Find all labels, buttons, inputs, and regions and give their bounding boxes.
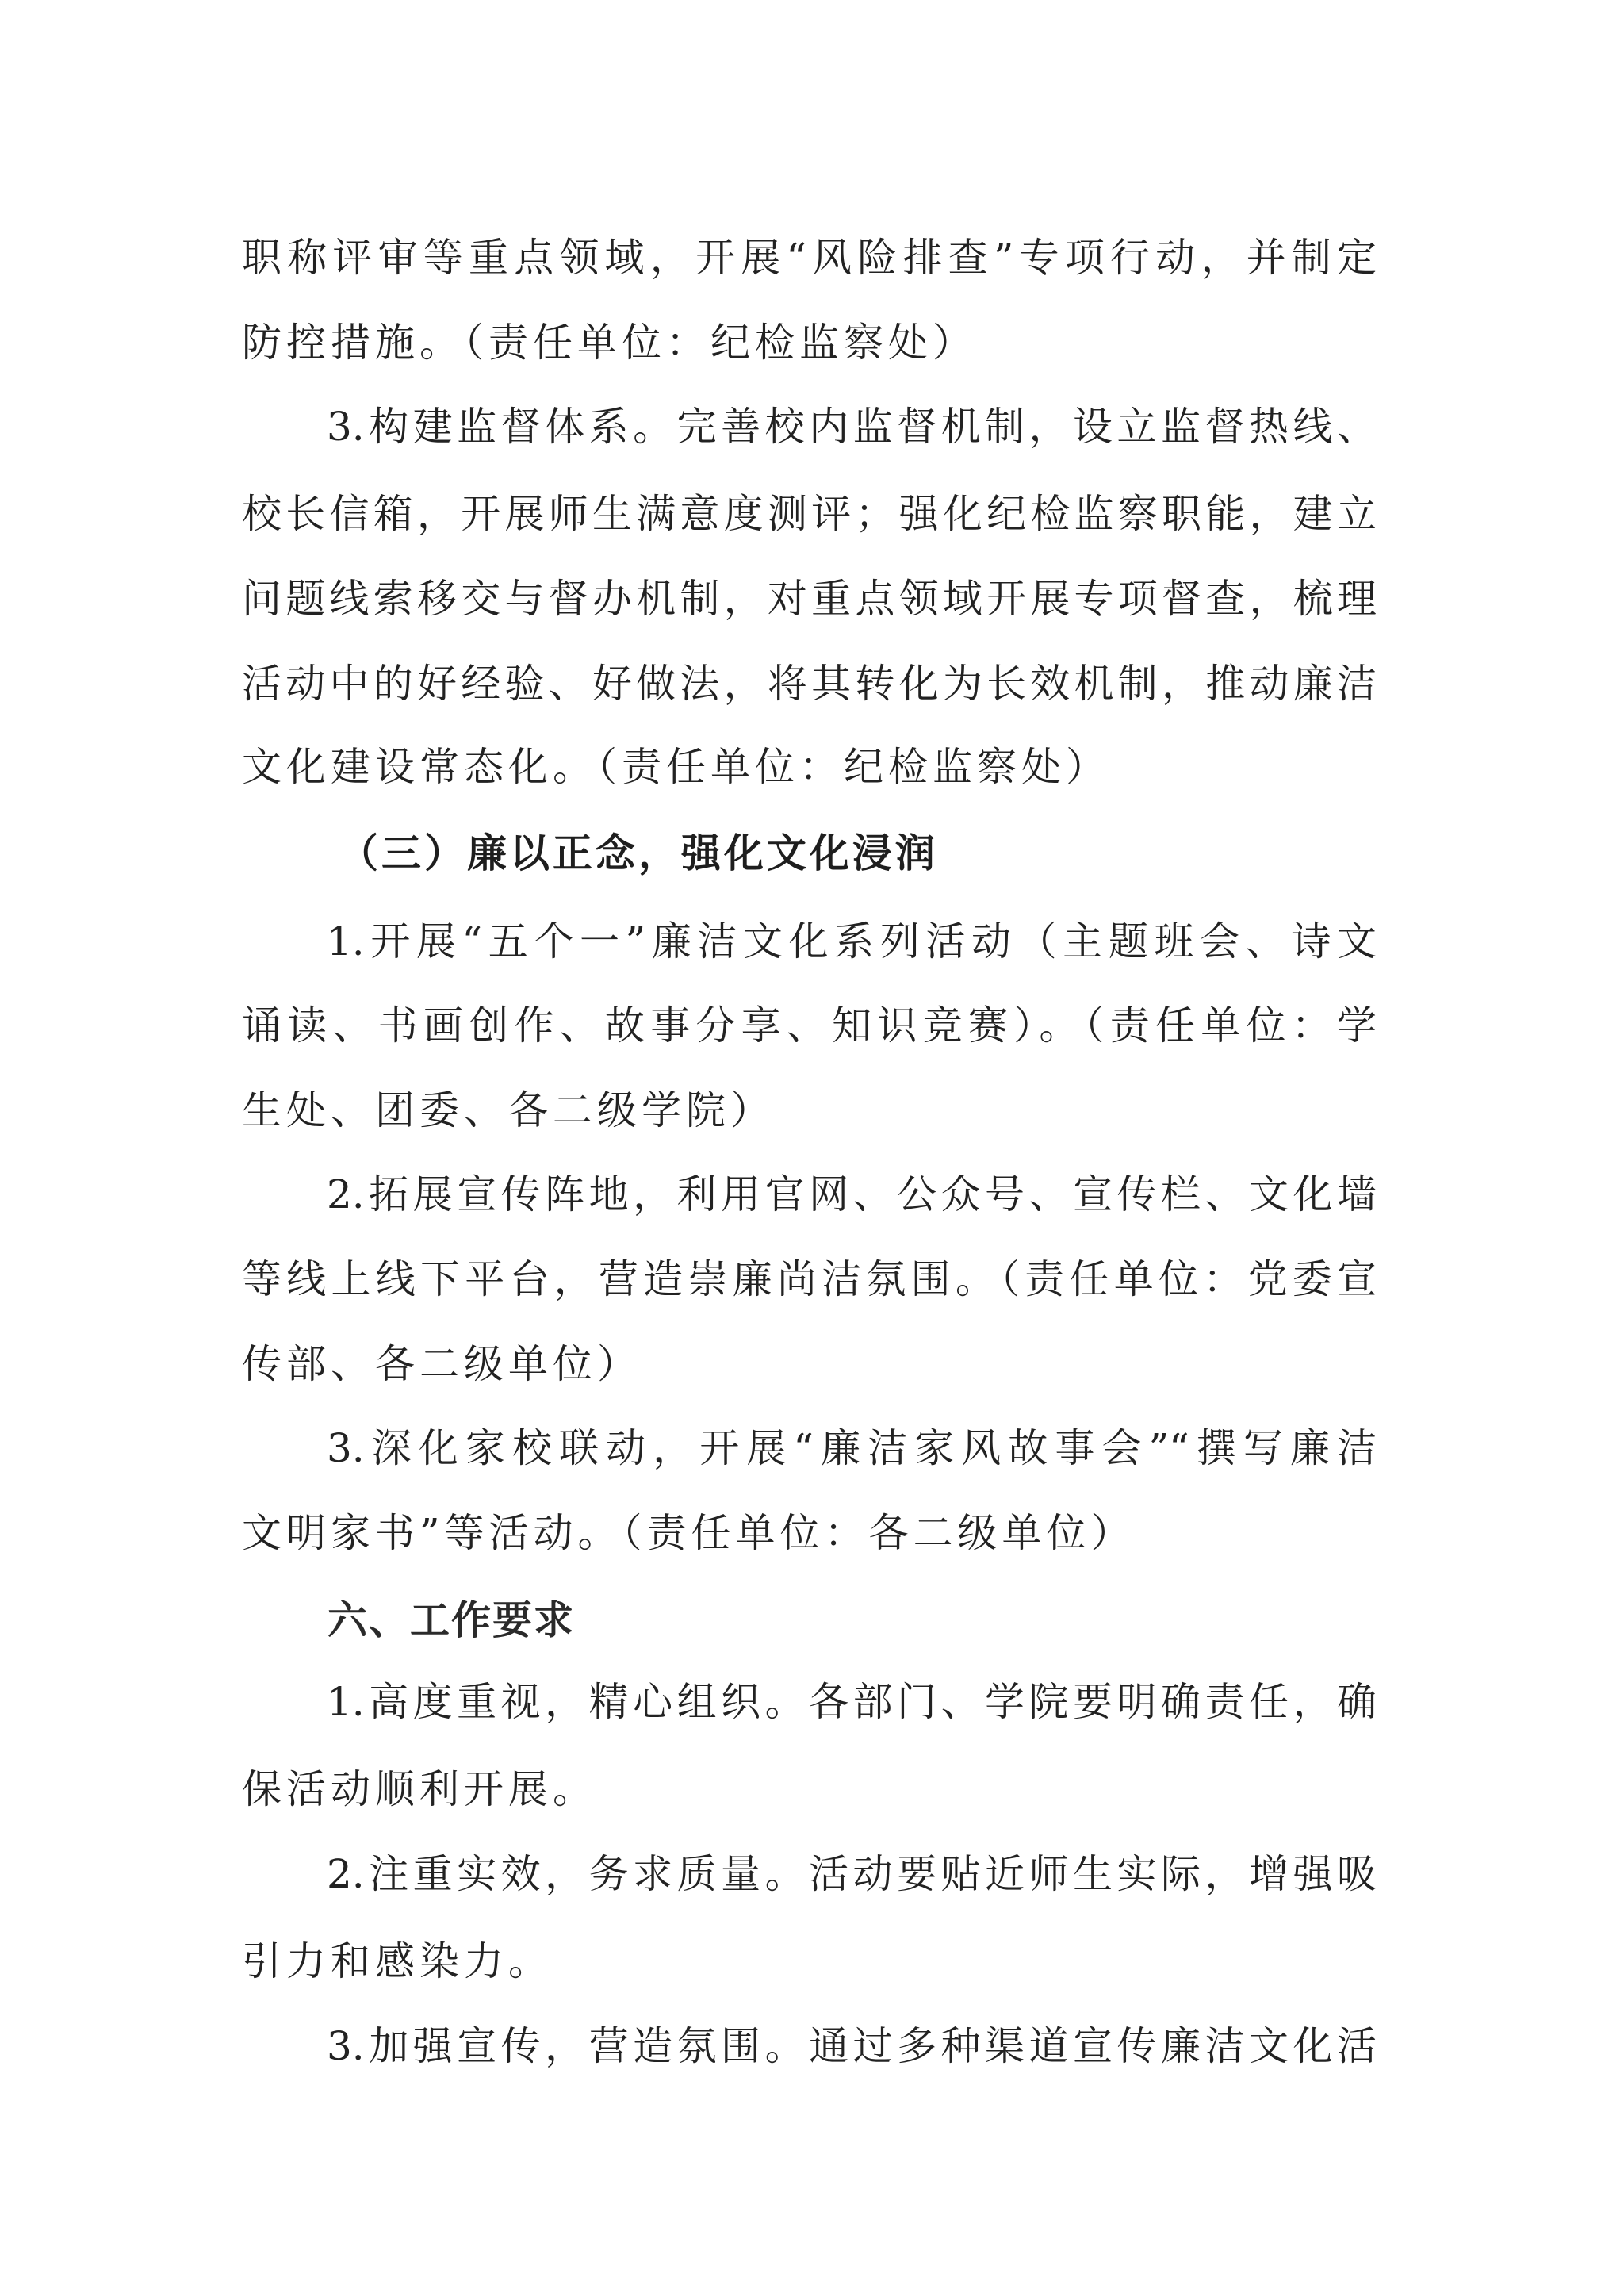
paragraph-line: 文化建设常态化。（责任单位：纪检监察处） xyxy=(242,743,1377,791)
section-heading-work-requirements: 六、工作要求 xyxy=(327,1596,575,1644)
section-heading-culture: （三）廉以正念，强化文化浸润 xyxy=(339,830,938,877)
list-item-attention: 1.高度重视，精心组织。各部门、学院要明确责任，确 xyxy=(327,1678,1377,1726)
list-item-supervision-system: 3.构建监督体系。完善校内监督机制，设立监督热线、 xyxy=(327,403,1377,450)
list-item-five-ones: 1.开展“五个一”廉洁文化系列活动（主题班会、诗文 xyxy=(327,918,1377,965)
list-item-home-school: 3.深化家校联动，开展“廉洁家风故事会”“撰写廉洁 xyxy=(327,1424,1377,1472)
paragraph-line: 校长信箱，开展师生满意度测评；强化纪检监察职能，建立 xyxy=(242,490,1377,538)
paragraph-line: 文明家书”等活动。（责任单位：各二级单位） xyxy=(242,1509,1377,1557)
list-item-publicity: 3.加强宣传，营造氛围。通过多种渠道宣传廉洁文化活 xyxy=(327,2022,1377,2070)
list-item-publicity-platforms: 2.拓展宣传阵地，利用官网、公众号、宣传栏、文化墙 xyxy=(327,1171,1377,1218)
paragraph-line: 传部、各二级单位） xyxy=(242,1340,1377,1388)
paragraph-line: 等线上线下平台，营造崇廉尚洁氛围。（责任单位：党委宣 xyxy=(242,1255,1377,1303)
paragraph-line: 保活动顺利开展。 xyxy=(242,1765,1377,1813)
paragraph-line: 防控措施。（责任单位：纪检监察处） xyxy=(242,319,1377,366)
paragraph-line: 引力和感染力。 xyxy=(242,1938,1377,1985)
paragraph-line: 活动中的好经验、好做法，将其转化为长效机制，推动廉洁 xyxy=(242,660,1377,707)
list-item-effectiveness: 2.注重实效，务求质量。活动要贴近师生实际，增强吸 xyxy=(327,1850,1377,1898)
paragraph-line: 职称评审等重点领域，开展“风险排查”专项行动，并制定 xyxy=(242,234,1377,282)
paragraph-line: 生处、团委、各二级学院） xyxy=(242,1087,1377,1134)
paragraph-line: 诵读、书画创作、故事分享、知识竞赛）。（责任单位：学 xyxy=(242,1002,1377,1049)
paragraph-line: 问题线索移交与督办机制，对重点领域开展专项督查，梳理 xyxy=(242,575,1377,623)
document-page: 职称评审等重点领域，开展“风险排查”专项行动，并制定 防控措施。（责任单位：纪检… xyxy=(0,0,1624,2296)
